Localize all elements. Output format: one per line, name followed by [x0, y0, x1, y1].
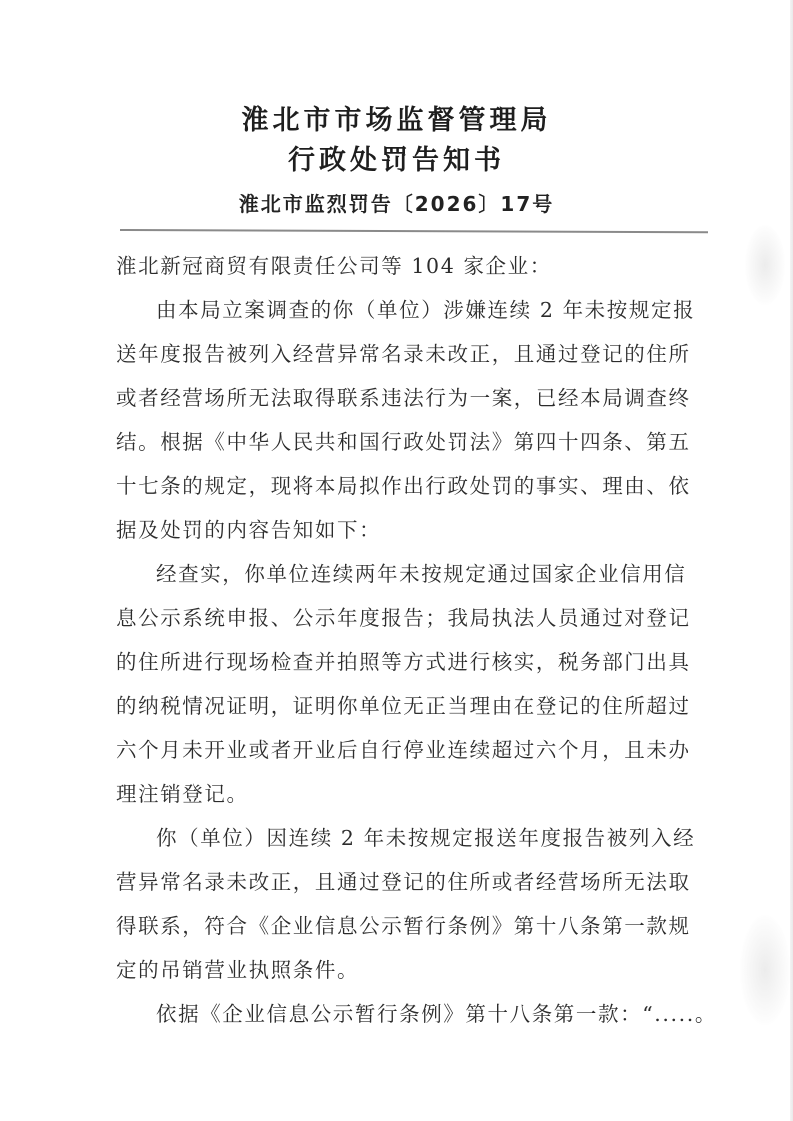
body-line: 依据《企业信息公示暂行条例》第十八条第一款：“.....。: [156, 1001, 736, 1027]
body-line: 得联系，符合《企业信息公示暂行条例》第十八条第一款规: [116, 913, 696, 939]
body-line: 结。根据《中华人民共和国行政处罚法》第四十四条、第五: [116, 429, 696, 455]
body-line: 十七条的规定，现将本局拟作出行政处罚的事实、理由、依: [116, 473, 696, 499]
body-line: 由本局立案调查的你（单位）涉嫌连续 2 年未按规定报: [156, 297, 736, 323]
body-line: 六个月未开业或者开业后自行停业连续超过六个月，且未办: [116, 737, 696, 763]
scan-bleed-mark: [745, 225, 785, 305]
body-line: 的住所进行现场检查并拍照等方式进行核实，税务部门出具: [116, 649, 696, 675]
body-line: 送年度报告被列入经营异常名录未改正，且通过登记的住所: [116, 341, 696, 367]
header-divider: [120, 229, 708, 233]
body-line: 或者经营场所无法取得联系违法行为一案，已经本局调查终: [116, 385, 696, 411]
body-line: 定的吊销营业执照条件。: [116, 957, 696, 983]
body-line: 营异常名录未改正，且通过登记的住所或者经营场所无法取: [116, 869, 696, 895]
body-line: 息公示系统申报、公示年度报告；我局执法人员通过对登记: [116, 605, 696, 631]
body-line: 理注销登记。: [116, 781, 696, 807]
scan-bleed-mark: [740, 915, 790, 1025]
document-page: 淮北市市场监督管理局 行政处罚告知书 淮北市监烈罚告〔2026〕17号 淮北新冠…: [0, 0, 793, 1121]
body-line: 据及处罚的内容告知如下：: [116, 517, 696, 543]
body-line: 的纳税情况证明，证明你单位无正当理由在登记的住所超过: [116, 693, 696, 719]
body-line: 你（单位）因连续 2 年未按规定报送年度报告被列入经: [156, 825, 736, 851]
issuing-authority-title: 淮北市市场监督管理局: [0, 98, 793, 137]
document-number: 淮北市监烈罚告〔2026〕17号: [0, 188, 793, 217]
addressee: 淮北新冠商贸有限责任公司等 104 家企业：: [116, 253, 696, 279]
document-type-title: 行政处罚告知书: [0, 138, 793, 177]
body-line: 经查实，你单位连续两年未按规定通过国家企业信用信: [156, 561, 736, 587]
